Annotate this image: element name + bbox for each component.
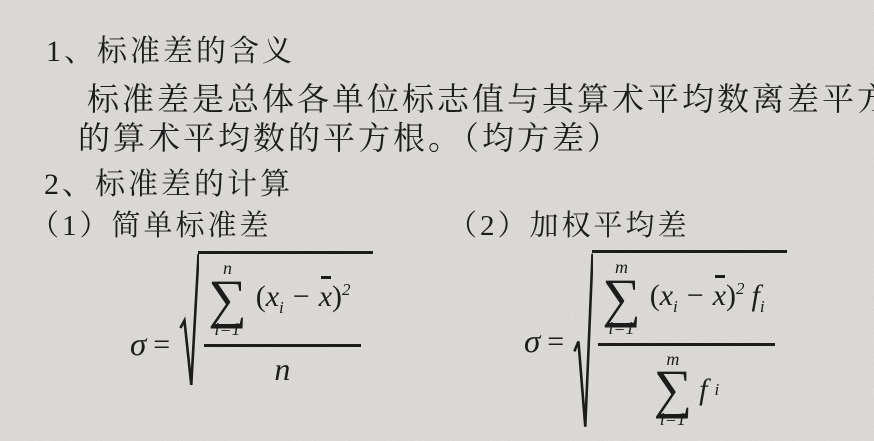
- summation-operator: m ∑ i=1: [654, 350, 693, 431]
- subheading-weighted-stddev: （2）加权平均差: [448, 203, 690, 244]
- formula-weighted-stddev: σ = m ∑ i=1 (xi−x)2fi: [524, 250, 787, 430]
- n-denominator: n: [270, 351, 294, 388]
- square-root: n ∑ i=1 (xi−x)2 n: [179, 251, 372, 388]
- denominator: m ∑ i=1 fi: [654, 346, 720, 431]
- sum-lower-limit: i=1: [608, 319, 634, 339]
- sigma-equals-group: σ =: [130, 327, 179, 364]
- squared-deviation-expression: (xi−x)2: [256, 280, 351, 318]
- right-paren: ): [726, 279, 736, 312]
- fraction: m ∑ i=1 (xi−x)2fi m ∑ i=1: [598, 258, 774, 430]
- exponent-2: 2: [342, 280, 351, 299]
- summation-operator: n ∑ i=1: [208, 259, 247, 340]
- x-bar-mean: x: [713, 279, 726, 312]
- frequency-variable: f: [752, 279, 760, 312]
- sum-lower-limit: i=1: [660, 410, 686, 430]
- sum-symbol: ∑: [208, 279, 247, 320]
- numerator: n ∑ i=1 (xi−x)2: [204, 259, 360, 347]
- square-root: m ∑ i=1 (xi−x)2fi m ∑ i=1: [573, 250, 786, 430]
- minus-sign: −: [293, 280, 310, 313]
- x-bar-mean: x: [319, 280, 332, 313]
- radical-sign-icon: [573, 251, 593, 430]
- x-subscript: i: [279, 298, 284, 317]
- equals-sign: =: [547, 325, 564, 359]
- slide-content: 1、标准差的含义 标准差是总体各单位标志值与其算术平均数离差平方 的算术平均数的…: [0, 0, 874, 441]
- presentation-slide: 1、标准差的含义 标准差是总体各单位标志值与其算术平均数离差平方 的算术平均数的…: [0, 0, 874, 441]
- right-paren: ): [332, 280, 342, 313]
- frequency-variable: f: [699, 373, 707, 407]
- left-paren: (: [256, 280, 266, 313]
- sum-symbol: ∑: [602, 278, 641, 319]
- radical-sign-icon: [179, 252, 199, 388]
- x-variable: x: [660, 279, 673, 312]
- formula-simple-stddev: σ = n ∑ i=1 (xi−x)2: [130, 251, 373, 388]
- left-paren: (: [650, 279, 660, 312]
- x-subscript: i: [673, 297, 678, 316]
- weighted-squared-deviation-expression: (xi−x)2fi: [650, 279, 765, 317]
- minus-sign: −: [687, 279, 704, 312]
- numerator: m ∑ i=1 (xi−x)2fi: [598, 258, 774, 346]
- heading-calculation: 2、标准差的计算: [44, 159, 293, 203]
- sigma-symbol: σ: [130, 327, 146, 364]
- exponent-2: 2: [736, 279, 745, 298]
- sigma-symbol: σ: [524, 324, 540, 361]
- equals-sign: =: [153, 328, 170, 362]
- sum-lower-limit: i=1: [214, 320, 240, 340]
- sigma-equals-group: σ =: [524, 324, 573, 361]
- summation-operator: m ∑ i=1: [602, 258, 641, 339]
- definition-line-2: 的算术平均数的平方根。（均方差）: [78, 113, 622, 159]
- fraction: n ∑ i=1 (xi−x)2 n: [204, 259, 360, 388]
- frequency-subscript: i: [714, 380, 719, 400]
- denominator: n: [270, 347, 294, 388]
- sum-symbol: ∑: [654, 369, 693, 410]
- frequency-subscript: i: [760, 297, 765, 316]
- radicand: n ∑ i=1 (xi−x)2 n: [198, 251, 372, 388]
- heading-meaning: 1、标准差的含义: [46, 26, 295, 70]
- x-variable: x: [266, 280, 279, 313]
- radicand: m ∑ i=1 (xi−x)2fi m ∑ i=1: [592, 250, 786, 430]
- subheading-simple-stddev: （1）简单标准差: [30, 203, 272, 244]
